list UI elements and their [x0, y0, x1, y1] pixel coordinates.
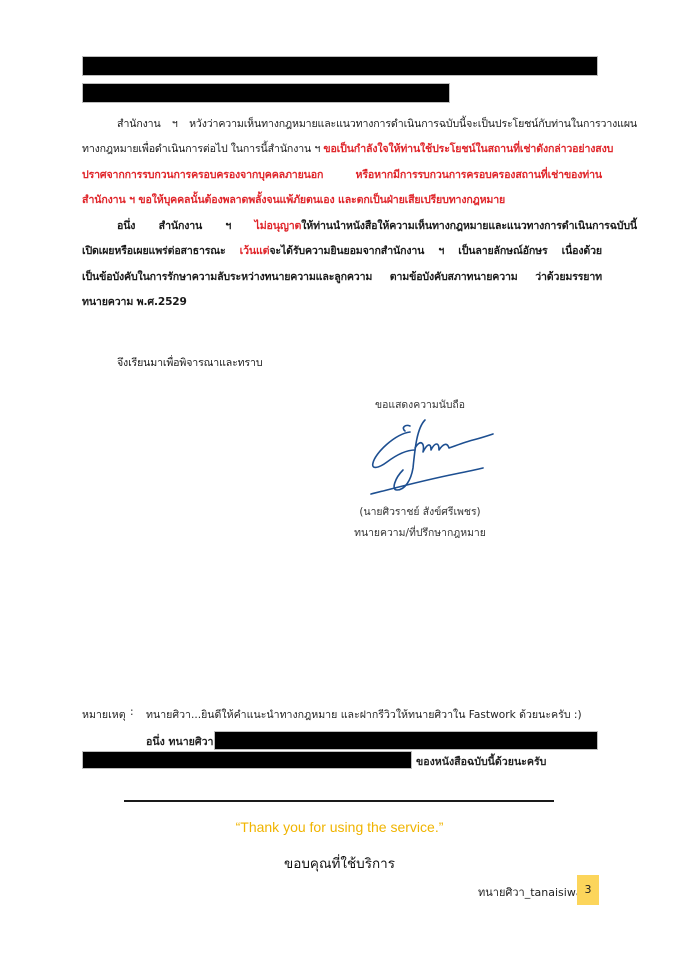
paragraph-1-line-3: ปราศจากการรบกวนการครอบครองจากบุคคลภายนอก…	[82, 167, 602, 183]
paragraph-2-line-2: เปิดเผยหรือเผยแพร่ต่อสาธารณะ เว้นแต่จะได…	[82, 243, 602, 259]
text-emphasis: ไม่อนุญาต	[255, 220, 302, 232]
text-normal: อนึ่ง สำนักงาน ฯ	[117, 220, 255, 232]
text-normal: ให้ท่านนำหนังสือให้ความเห็นทางกฎหมายและแ…	[301, 220, 637, 232]
note-line-3-suffix: ของหนังสือฉบับนี้ด้วยนะครับ	[416, 753, 546, 770]
redaction-bar	[82, 56, 598, 76]
thanks-thai: ขอบคุณที่ใช้บริการ	[0, 852, 679, 874]
note-text: ทนายศิวา...ยินดีให้คำแนะนำทางกฎหมาย และฝ…	[146, 706, 582, 723]
signatory-name: (นายศิวราชย์ สังข์ศรีเพชร)	[300, 503, 540, 520]
paragraph-1-line-2: ทางกฎหมายเพื่อดำเนินการต่อไป ในการนี้สำน…	[82, 141, 602, 157]
signature-image	[365, 418, 500, 498]
text-emphasis: ขอเป็นกำลังใจให้ท่านใช้ประโยชน์ในสถานที่…	[323, 143, 613, 155]
redaction-bar	[82, 751, 412, 769]
page-number-badge: 3	[577, 875, 599, 905]
note-line-2-prefix: อนึ่ง ทนายศิวา	[146, 733, 213, 750]
closing-text: จึงเรียนมาเพื่อพิจารณาและทราบ	[82, 355, 637, 371]
thanks-english: “Thank you for using the service.”	[0, 819, 679, 835]
paragraph-1-line-4: สำนักงาน ฯ ขอให้บุคคลนั้นต้องพลาดพลั้งจน…	[82, 192, 602, 208]
paragraph-2-line-4: ทนายความ พ.ศ.2529	[82, 294, 602, 310]
text-normal: จะได้รับความยินยอมจากสำนักงาน ฯ เป็นลายล…	[269, 245, 602, 257]
note-colon: :	[130, 706, 134, 718]
redaction-bar	[82, 83, 450, 103]
text-normal: เปิดเผยหรือเผยแพร่ต่อสาธารณะ	[82, 245, 240, 257]
signatory-title: ทนายความ/ที่ปรึกษากฎหมาย	[300, 524, 540, 541]
divider	[124, 800, 554, 802]
text-emphasis: เว้นแต่	[240, 245, 270, 257]
footer-author: ทนายศิวา_tanaisiwa	[478, 883, 583, 901]
note-label: หมายเหตุ	[82, 706, 126, 723]
paragraph-1-line-1: สำนักงาน ฯ หวังว่าความเห็นทางกฎหมายและแน…	[82, 116, 637, 132]
text-normal: ทางกฎหมายเพื่อดำเนินการต่อไป ในการนี้สำน…	[82, 143, 323, 155]
paragraph-2-line-3: เป็นข้อบังคับในการรักษาความลับระหว่างทนา…	[82, 269, 602, 285]
paragraph-2-line-1: อนึ่ง สำนักงาน ฯ ไม่อนุญาตให้ท่านนำหนังส…	[82, 218, 637, 234]
redaction-bar	[214, 731, 598, 750]
salutation: ขอแสดงความนับถือ	[300, 396, 540, 413]
